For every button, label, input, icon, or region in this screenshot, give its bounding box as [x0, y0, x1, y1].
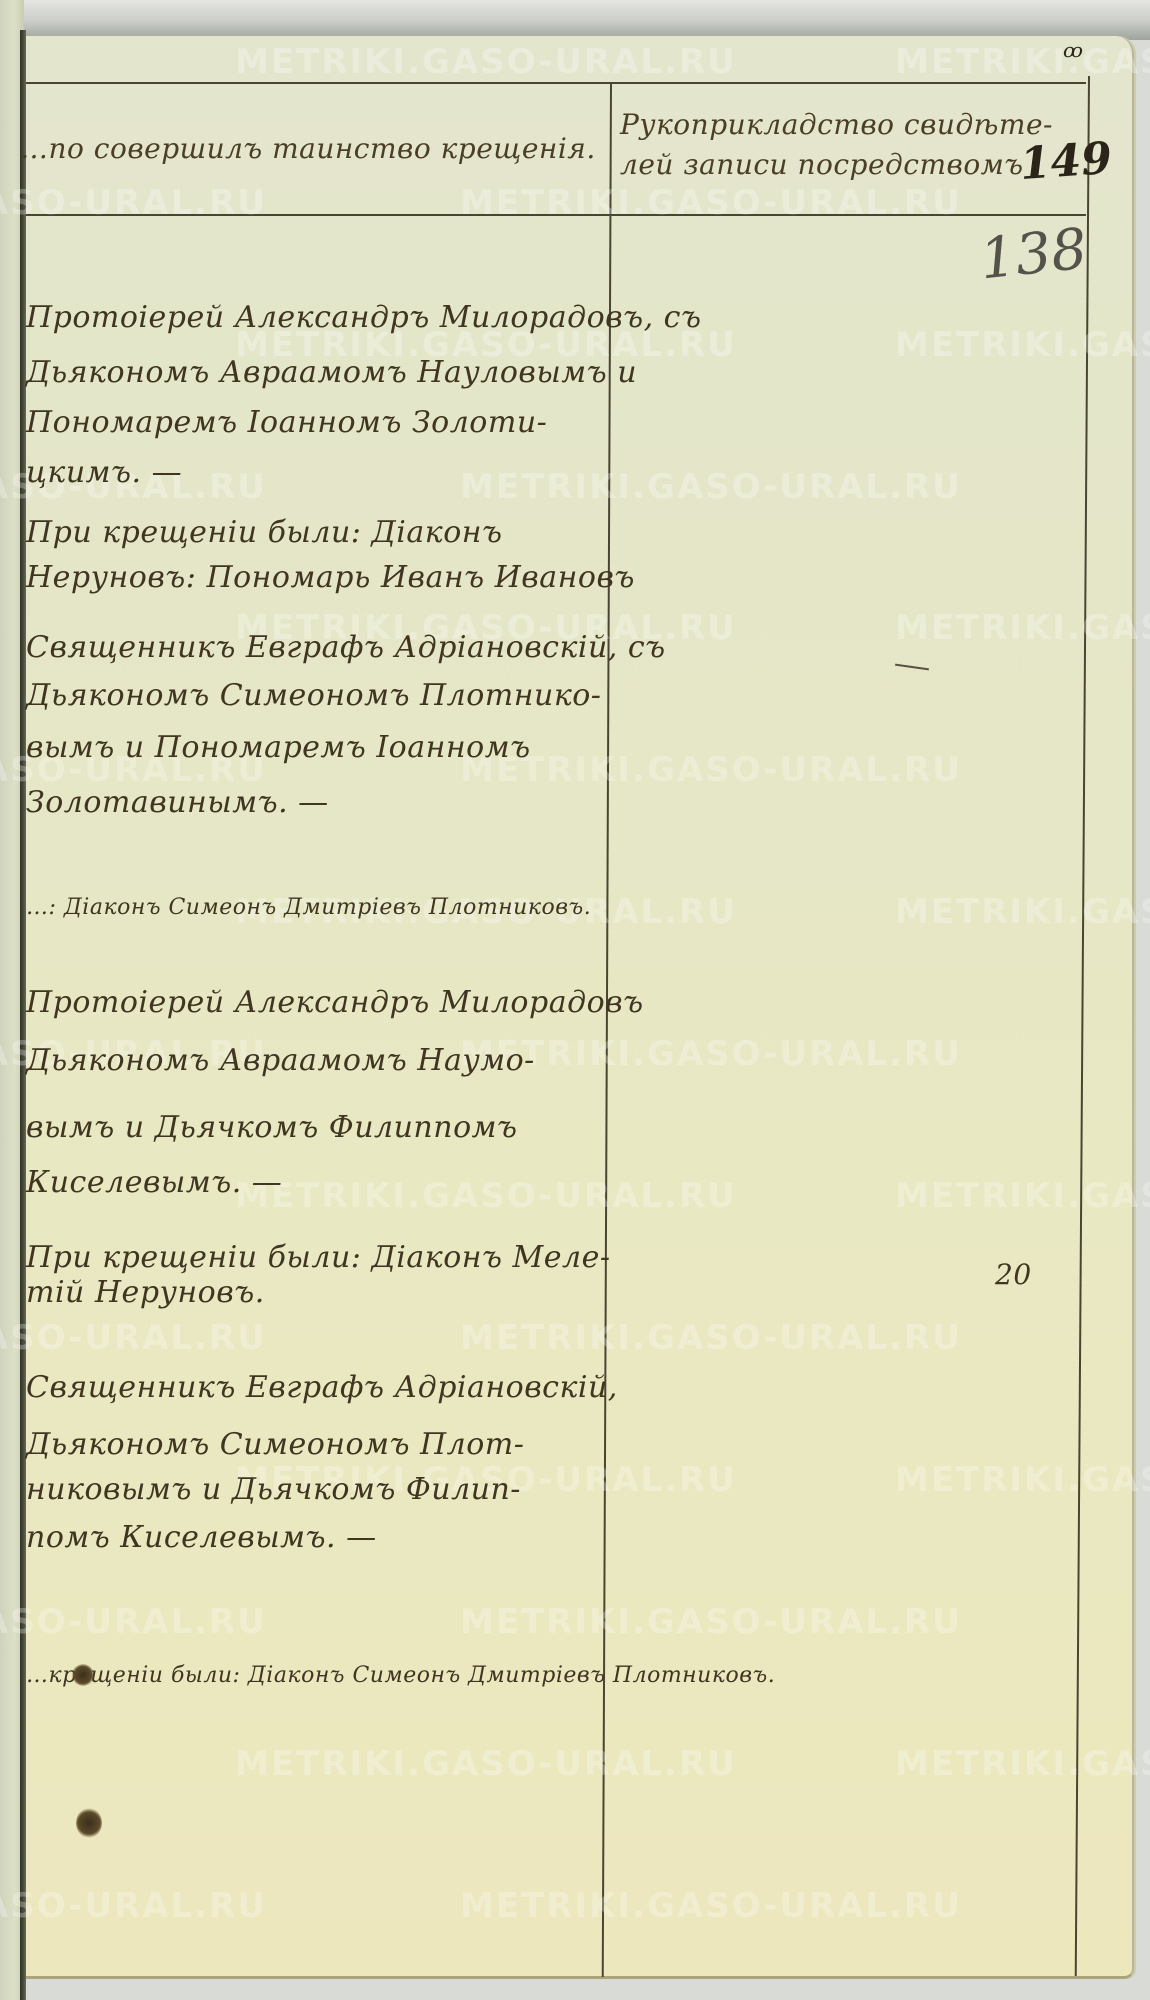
watermark: METRIKI.GASO-URAL.RU — [235, 42, 737, 82]
entry-1-line: Пономаремъ Іоанномъ Золоти- — [26, 405, 547, 440]
watermark: METRIKI.GASO-URAL.RU — [895, 42, 1150, 82]
watermark: METRIKI.GASO-URAL.RU — [895, 608, 1150, 648]
watermark: METRIKI.GASO-URAL.RU — [460, 183, 962, 223]
top-shadow — [24, 0, 1150, 40]
watermark: METRIKI.GASO-URAL.RU — [235, 1176, 737, 1216]
folio-number-ink: 149 — [1018, 133, 1113, 190]
watermark: METRIKI.GASO-URAL.RU — [0, 183, 267, 223]
entry-2-signature: …крещеніи были: Діаконъ Симеонъ Дмитріев… — [26, 1663, 775, 1688]
entry-2-line: Протоіерей Александръ Милорадовъ — [26, 985, 644, 1020]
entry-2-line: При крещеніи были: Діаконъ Меле- — [26, 1240, 611, 1275]
entry-1-line: Священникъ Евграфъ Адріановскій, съ — [26, 630, 666, 665]
watermark: METRIKI.GASO-URAL.RU — [460, 1318, 962, 1358]
entry-2-line: Священникъ Евграфъ Адріановскій, — [26, 1370, 618, 1405]
ink-blot — [72, 1664, 94, 1686]
watermark: METRIKI.GASO-URAL.RU — [0, 1602, 267, 1642]
entry-2-line: Дьякономъ Симеономъ Плот- — [26, 1427, 524, 1462]
watermark: METRIKI.GASO-URAL.RU — [895, 1460, 1150, 1500]
watermark: METRIKI.GASO-URAL.RU — [0, 1318, 267, 1358]
ink-blot — [76, 1808, 102, 1838]
entry-2-line: никовымъ и Дьячкомъ Филип- — [26, 1472, 521, 1507]
header-left-column: …по совершилъ таинство крещенія. — [20, 132, 596, 165]
folio-number-pencil: 138 — [977, 217, 1090, 293]
watermark: METRIKI.GASO-URAL.RU — [235, 1744, 737, 1784]
entry-1-line: Дьякономъ Авраамомъ Науловымъ и — [26, 355, 637, 390]
watermark: METRIKI.GASO-URAL.RU — [460, 1886, 962, 1926]
watermark: METRIKI.GASO-URAL.RU — [895, 1176, 1150, 1216]
watermark: METRIKI.GASO-URAL.RU — [895, 1744, 1150, 1784]
right-column-number: 20 — [995, 1258, 1032, 1291]
entry-2-line: Дьякономъ Авраамомъ Наумо- — [26, 1043, 535, 1078]
entry-1-line: Дьякономъ Симеономъ Плотнико- — [26, 678, 601, 713]
entry-1-line: Золотавинымъ. — — [26, 785, 329, 820]
watermark: METRIKI.GASO-URAL.RU — [460, 750, 962, 790]
entry-2-line: вымъ и Дьячкомъ Филиппомъ — [26, 1110, 518, 1145]
entry-1-line: цкимъ. — — [26, 455, 182, 490]
watermark: METRIKI.GASO-URAL.RU — [895, 892, 1150, 932]
entry-1-line: Неруновъ: Пономарь Иванъ Ивановъ — [26, 560, 635, 595]
entry-1-line: Протоіерей Александръ Милорадовъ, съ — [26, 300, 701, 335]
watermark: METRIKI.GASO-URAL.RU — [460, 1034, 962, 1074]
entry-2-line: помъ Киселевымъ. — — [26, 1520, 377, 1555]
header-right-column-line1: Рукоприкладство свидѣте- — [620, 108, 1053, 141]
watermark: METRIKI.GASO-URAL.RU — [895, 325, 1150, 365]
entry-1-signature: …: Діаконъ Симеонъ Дмитріевъ Плотниковъ. — [26, 895, 591, 920]
entry-2-line: тій Неруновъ. — [26, 1275, 265, 1310]
header-right-column-line2: лей записи посредствомъ — [620, 148, 1024, 181]
watermark: METRIKI.GASO-URAL.RU — [0, 1886, 267, 1926]
watermark: METRIKI.GASO-URAL.RU — [460, 467, 962, 507]
entry-1-line: При крещеніи были: Діаконъ — [26, 515, 503, 550]
entry-1-line: вымъ и Пономаремъ Іоанномъ — [26, 730, 531, 765]
entry-2-line: Киселевымъ. — — [26, 1165, 282, 1200]
watermark: METRIKI.GASO-URAL.RU — [460, 1602, 962, 1642]
header-top-rule — [26, 82, 1086, 84]
corner-mark: ꝏ — [1063, 38, 1083, 62]
